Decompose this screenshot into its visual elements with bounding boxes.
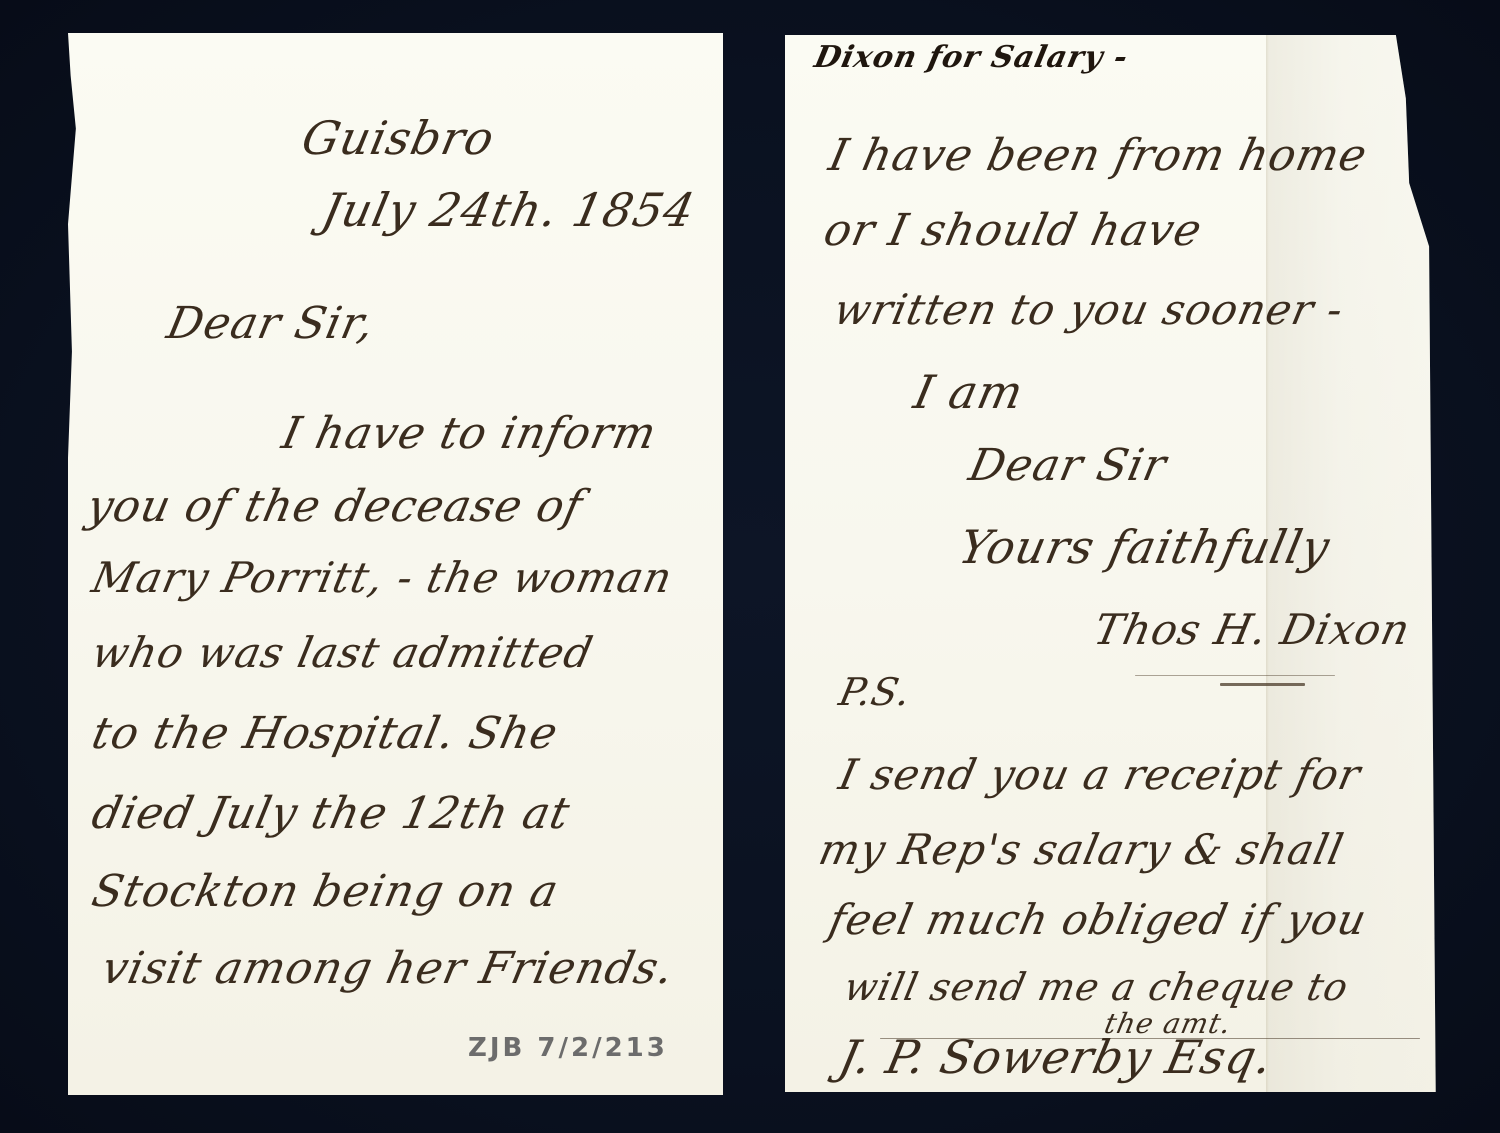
body-line: Mary Porritt, - the woman (88, 553, 677, 602)
postscript-line: I send you a receipt for (835, 750, 1366, 799)
body-line: Stockton being on a (88, 866, 564, 917)
body-line: visit among her Friends. (98, 943, 679, 994)
body-line: died July the 12th at (88, 788, 575, 839)
body-line: or I should have (820, 205, 1207, 256)
letter-page-right: Dixon for Salary - I have been from home… (785, 35, 1449, 1092)
closing-line: I am (909, 365, 1028, 419)
letter-page-left: Guisbro July 24th. 1854 Dear Sir, I have… (68, 33, 723, 1095)
letter-date: July 24th. 1854 (317, 183, 700, 237)
body-line: I have been from home (825, 130, 1372, 181)
signature-dash (1220, 683, 1305, 686)
docket-note: Dixon for Salary - (811, 40, 1131, 75)
signature: Thos H. Dixon (1090, 605, 1415, 654)
closing-line: Yours faithfully (954, 520, 1335, 574)
letter-place: Guisbro (297, 111, 499, 165)
archive-reference: ZJB 7/2/213 (468, 1033, 668, 1063)
body-line: who was last admitted (88, 628, 598, 677)
postscript-label: P.S. (835, 670, 915, 714)
salutation: Dear Sir, (163, 298, 380, 349)
body-line: I have to inform (278, 408, 662, 459)
addressee: J. P. Sowerby Esq. (834, 1030, 1278, 1084)
body-line: you of the decease of (83, 481, 588, 532)
signature-underline (1135, 675, 1335, 676)
body-line: written to you sooner - (830, 285, 1348, 334)
postscript-line: my Rep's salary & shall (815, 825, 1349, 874)
postscript-line: feel much obliged if you (825, 895, 1372, 944)
closing-line: Dear Sir (965, 440, 1172, 491)
postscript-line: will send me a cheque to (840, 965, 1352, 1009)
body-line: to the Hospital. She (88, 708, 563, 759)
